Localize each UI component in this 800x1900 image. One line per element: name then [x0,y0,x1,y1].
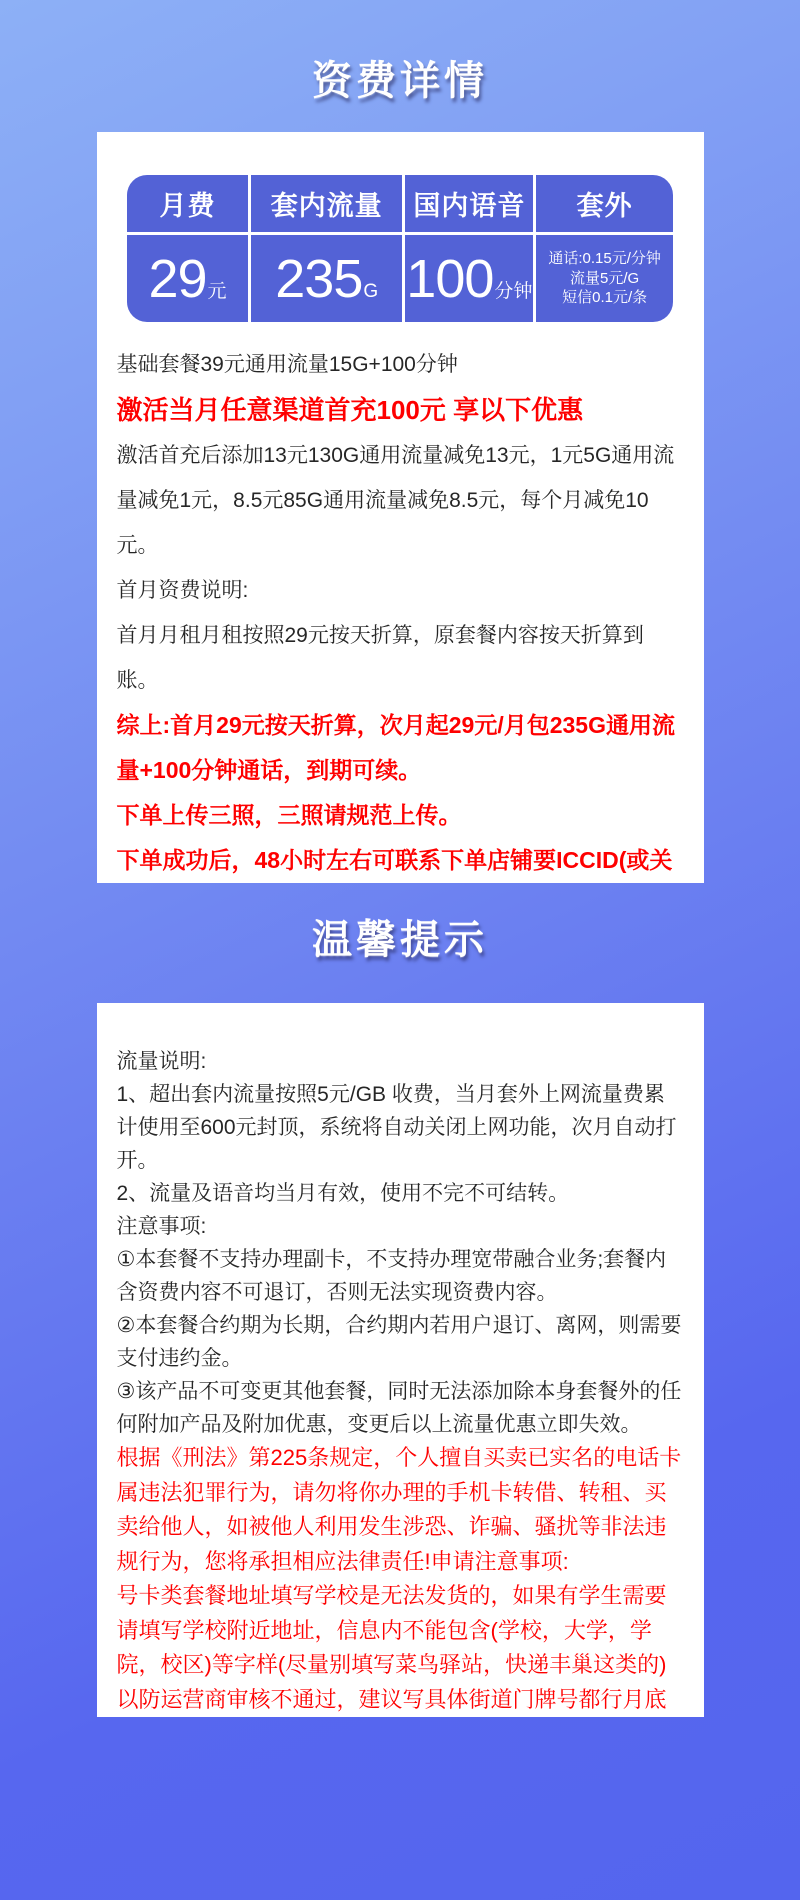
overage-call-rate: 通话:0.15元/分钟 [548,249,661,269]
tariff-paragraph: 首月月租月租按照29元按天折算，原套餐内容按天折算到账。 [117,613,684,703]
tips-paragraph-warning: 号卡类套餐地址填写学校是无法发货的，如果有学生需要请填写学校附近地址，信息内不能… [117,1579,684,1717]
tips-section-title: 温馨提示 [0,917,800,963]
monthly-fee-value: 29 [148,252,206,306]
tips-paragraph: 流量说明: [117,1045,684,1078]
voice-value: 100 [406,252,493,306]
tariff-detail-text: 基础套餐39元通用流量15G+100分钟 激活当月任意渠道首充100元 享以下优… [117,342,684,883]
table-header-included-data: 套内流量 [251,175,402,232]
table-cell-included-data: 235 G [251,235,402,322]
data-allowance-value: 235 [275,252,362,306]
tips-paragraph: ①本套餐不支持办理副卡，不支持办理宽带融合业务;套餐内含资费内容不可退订，否则无… [117,1243,684,1309]
tariff-paragraph-highlight: 下单上传三照，三照请规范上传。 [117,793,684,838]
tariff-paragraph: 激活首充后添加13元130G通用流量减免13元，1元5G通用流量减免1元，8.5… [117,433,684,568]
table-cell-monthly-fee: 29 元 [127,235,248,322]
tariff-paragraph: 首月资费说明: [117,568,684,613]
tariff-paragraph-highlight: 综上:首月29元按天折算，次月起29元/月包235G通用流量+100分钟通话，到… [117,703,684,793]
table-header-overage: 套外 [536,175,673,232]
tariff-section-title: 资费详情 [0,0,800,104]
tariff-paragraph: 基础套餐39元通用流量15G+100分钟 [117,342,684,387]
tips-card: 流量说明: 1、超出套内流量按照5元/GB 收费，当月套外上网流量费累计使用至6… [97,1003,704,1717]
tariff-paragraph-highlight: 下单成功后，48小时左右可联系下单店铺要ICCID(或关注收件号码短信)在联通A… [117,838,684,883]
tariff-paragraph-highlight: 激活当月任意渠道首充100元 享以下优惠 [117,387,684,433]
tips-paragraph: ③该产品不可变更其他套餐，同时无法添加除本身套餐外的任何附加产品及附加优惠，变更… [117,1375,684,1441]
tips-paragraph: ②本套餐合约期为长期，合约期内若用户退订、离网，则需要支付违约金。 [117,1309,684,1375]
monthly-fee-unit: 元 [208,276,227,303]
tariff-detail-card: 月费 套内流量 国内语音 套外 29 元 235 G 100 分钟 通话:0.1… [97,132,704,883]
tips-paragraph: 注意事项: [117,1210,684,1243]
tips-paragraph: 2、流量及语音均当月有效，使用不完不可结转。 [117,1177,684,1210]
overage-data-rate: 流量5元/G [570,269,639,289]
plan-summary-table: 月费 套内流量 国内语音 套外 29 元 235 G 100 分钟 通话:0.1… [127,175,673,322]
tips-paragraph-warning: 根据《刑法》第225条规定，个人擅自买卖已实名的电话卡属违法犯罪行为，请勿将你办… [117,1441,684,1579]
overage-sms-rate: 短信0.1元/条 [562,288,647,308]
table-cell-overage-rates: 通话:0.15元/分钟 流量5元/G 短信0.1元/条 [536,235,673,322]
table-header-domestic-voice: 国内语音 [405,175,533,232]
voice-unit: 分钟 [494,276,532,303]
table-cell-domestic-voice: 100 分钟 [405,235,533,322]
data-allowance-unit: G [363,281,378,303]
table-header-monthly-fee: 月费 [127,175,248,232]
tips-paragraph: 1、超出套内流量按照5元/GB 收费，当月套外上网流量费累计使用至600元封顶，… [117,1078,684,1177]
